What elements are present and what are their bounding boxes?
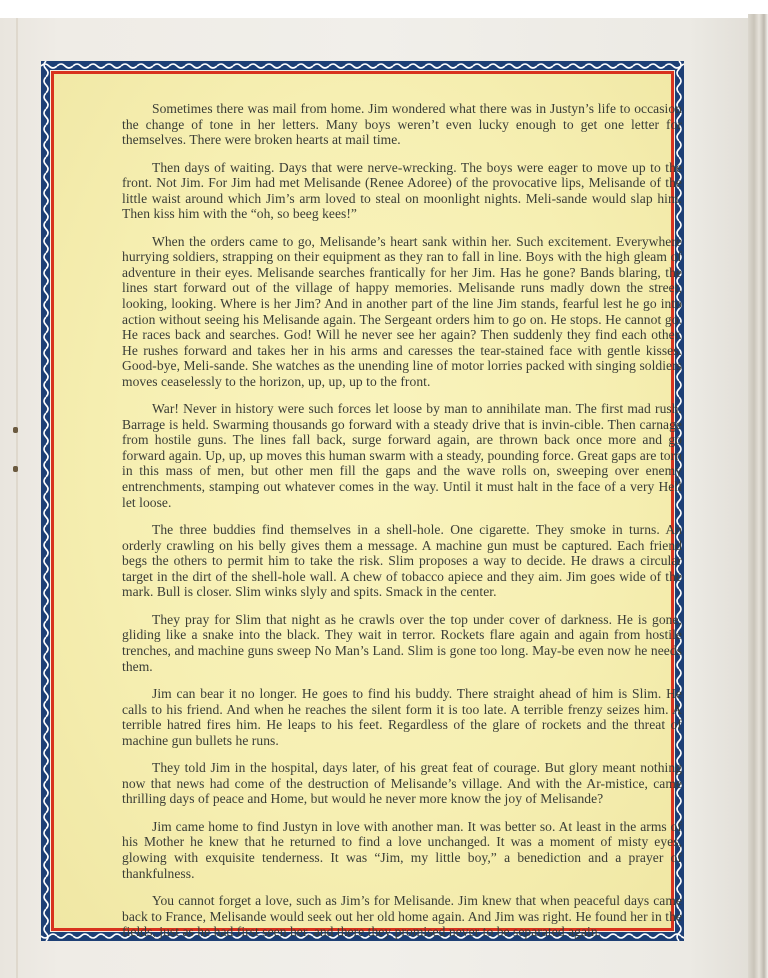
paragraph: You cannot forget a love, such as Jim’s …	[122, 893, 682, 940]
paragraph: Sometimes there was mail from home. Jim …	[122, 101, 682, 148]
paragraph: The three buddies find themselves in a s…	[122, 522, 682, 600]
staple-hole	[13, 427, 18, 433]
paragraph: Then days of waiting. Days that were ner…	[122, 160, 682, 222]
text-panel: Sometimes there was mail from home. Jim …	[54, 74, 671, 928]
paragraph: Jim can bear it no longer. He goes to fi…	[122, 686, 682, 748]
decorative-border: Sometimes there was mail from home. Jim …	[41, 61, 684, 941]
binding-fold	[16, 18, 18, 978]
paragraph: When the orders came to go, Melisande’s …	[122, 234, 682, 389]
wave-border-top	[41, 61, 684, 69]
paragraph: War! Never in history were such forces l…	[122, 401, 682, 510]
staple-hole	[13, 466, 18, 472]
paragraph: They told Jim in the hospital, days late…	[122, 760, 682, 807]
page-stack-edge	[748, 14, 768, 978]
inner-red-rule: Sometimes there was mail from home. Jim …	[50, 70, 675, 932]
wave-border-left	[41, 61, 49, 941]
story-text: Sometimes there was mail from home. Jim …	[122, 101, 682, 952]
paragraph: Jim came home to find Justyn in love wit…	[122, 819, 682, 881]
paragraph: They pray for Slim that night as he craw…	[122, 612, 682, 674]
